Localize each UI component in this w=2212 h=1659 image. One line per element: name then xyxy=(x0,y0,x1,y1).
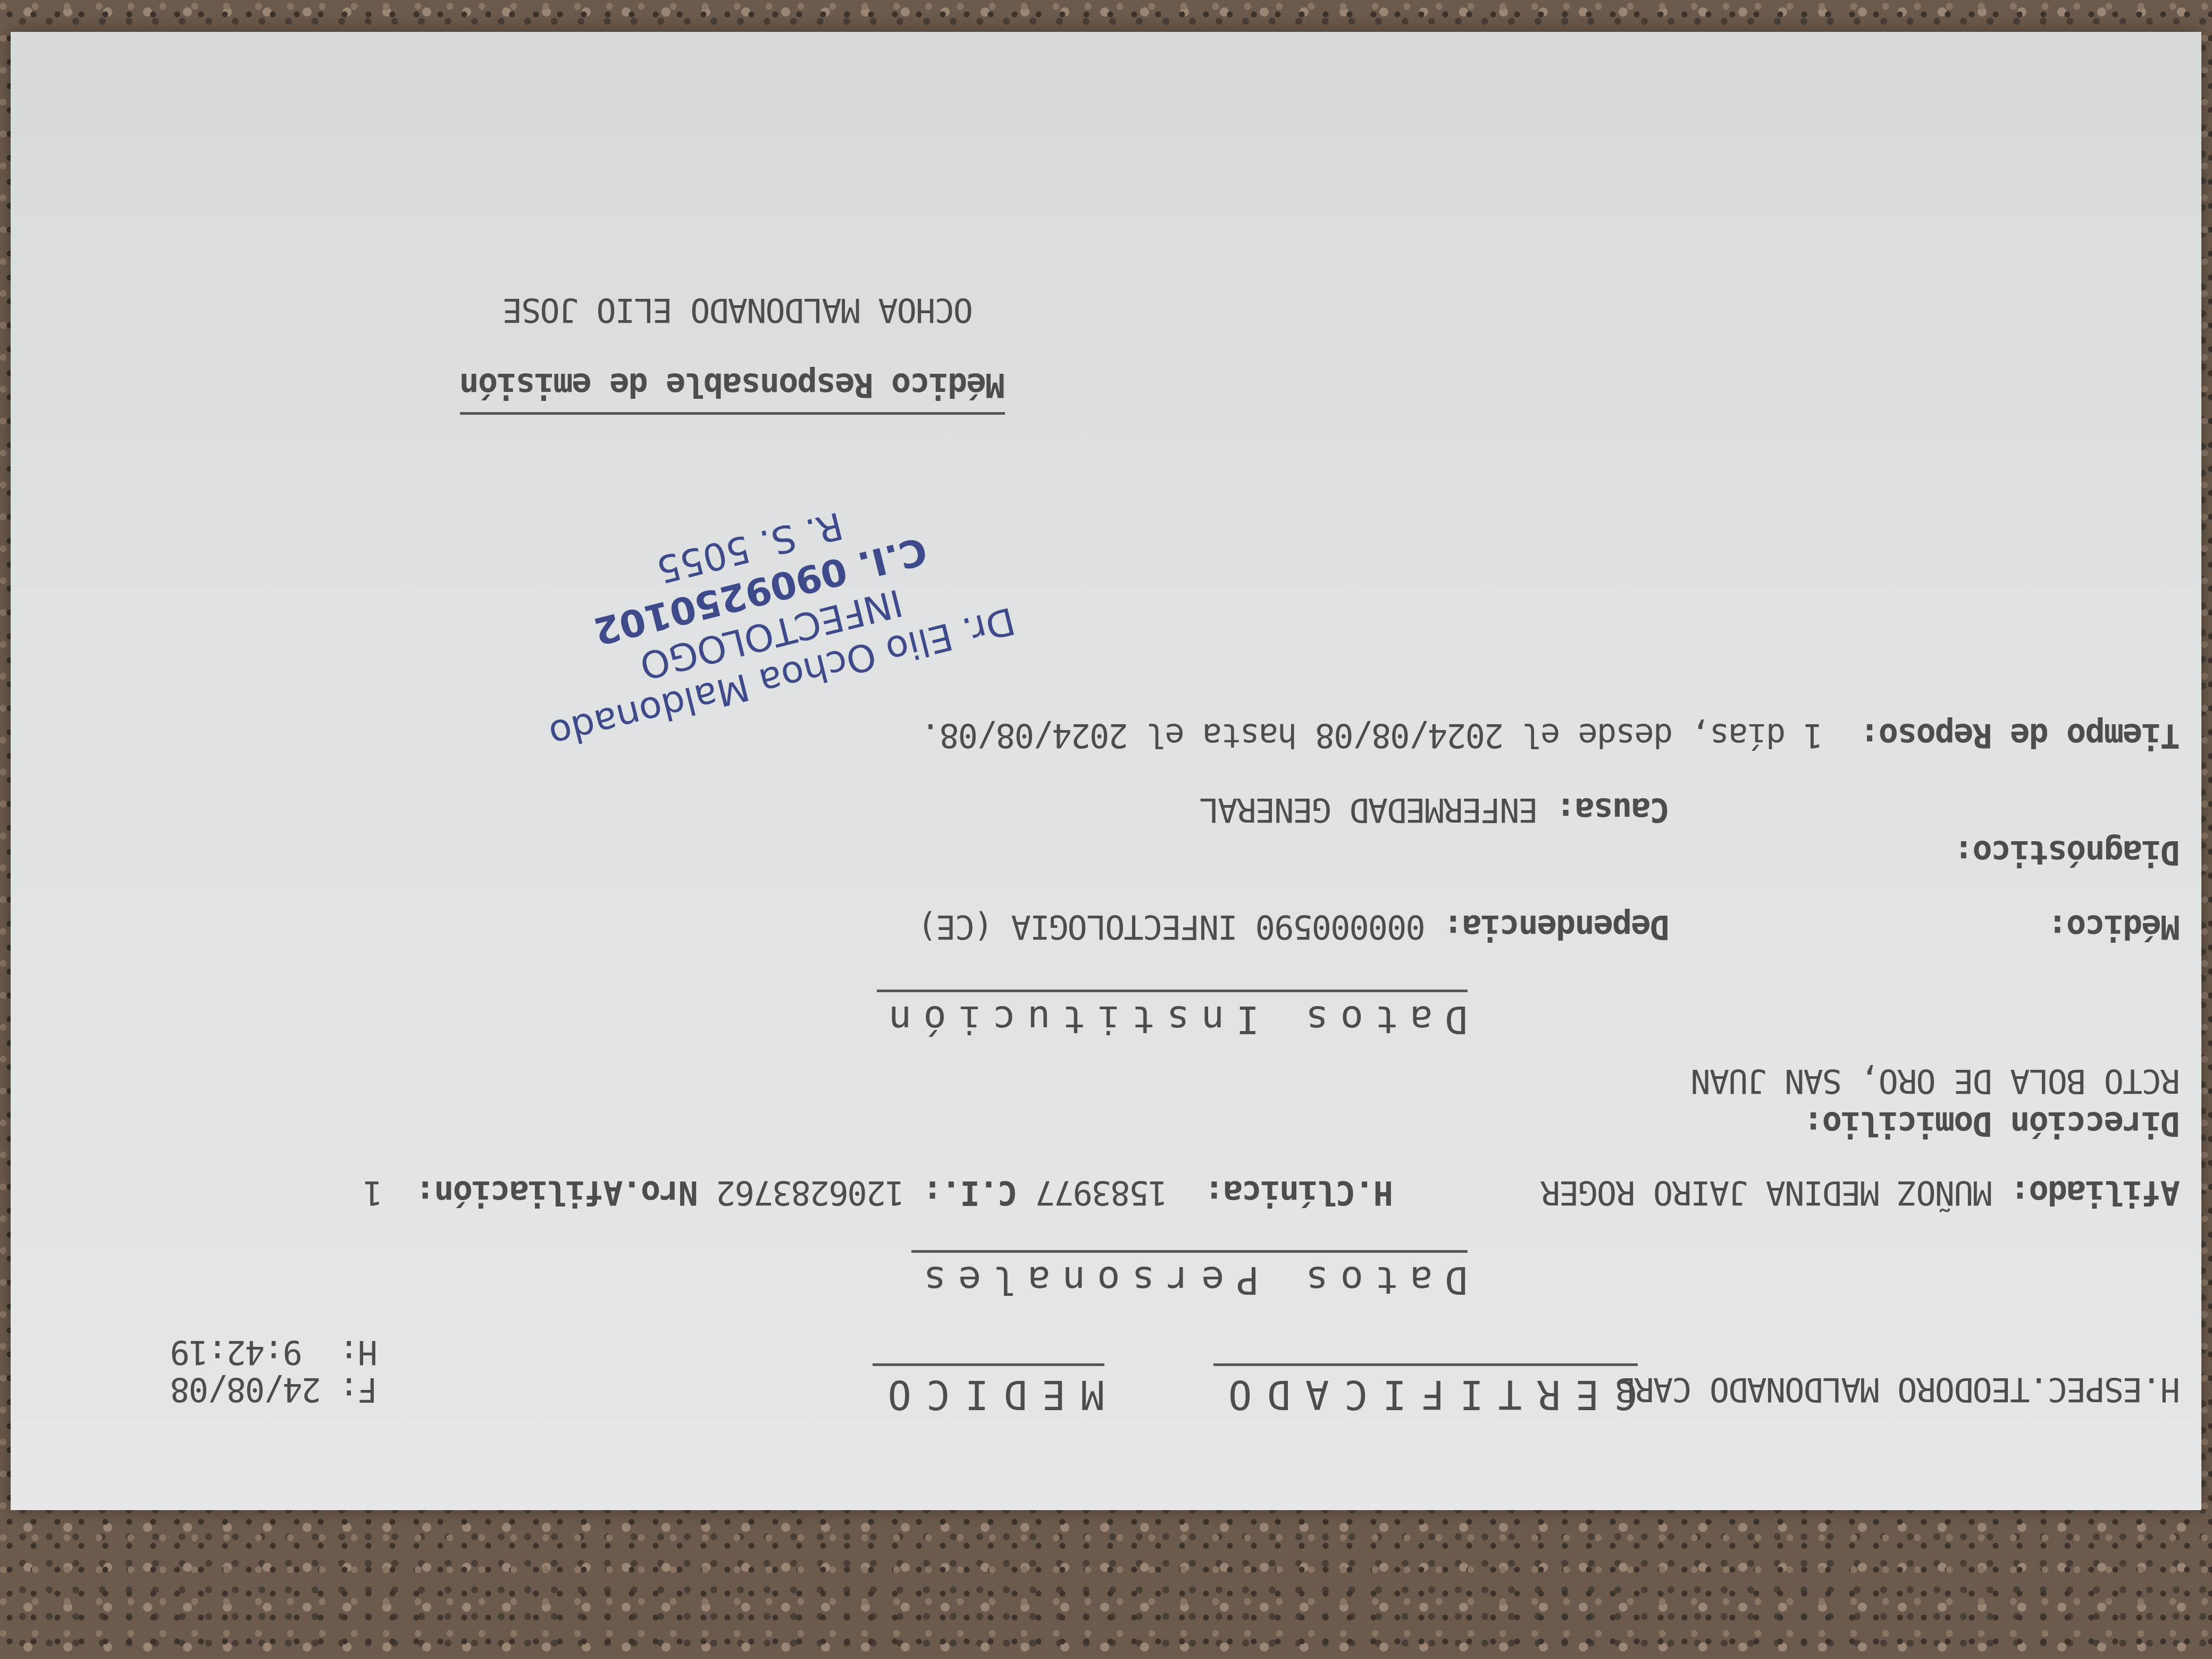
issue-time: H: 9:42:19 xyxy=(171,1333,378,1372)
issue-date: F: 24/08/08 xyxy=(171,1370,378,1409)
institution-name: H.ESPEC.TEODORO MALDONADO CARB xyxy=(1616,1370,2180,1409)
causa-row: Causa: ENFERMEDAD GENERAL xyxy=(1200,791,1670,829)
hclinica-row: H.Clínica: 1583977 C.I.: 1206283762 Nro.… xyxy=(416,1174,1393,1212)
signature-caption: Médico Responsable de emisión xyxy=(460,366,1006,415)
domicilio-label: Dirección Domicilio: xyxy=(1804,1104,2180,1143)
title-medico: MEDICO xyxy=(873,1363,1104,1417)
medico-label: Médico: xyxy=(2049,908,2180,946)
certificate-content-upside-down: H.ESPEC.TEODORO MALDONADO CARB CERTIFICA… xyxy=(11,32,2201,1510)
doctor-stamp: Dr. Elio Ochoa Maldonado INFECTOLOGO C.I… xyxy=(512,468,1019,757)
medical-certificate-paper: H.ESPEC.TEODORO MALDONADO CARB CERTIFICA… xyxy=(11,32,2201,1510)
reposo-row: Tiempo de Reposo: 1 días, desde el 2024/… xyxy=(921,716,2180,755)
dependencia-row: Dependencia: 000000590 INFECTOLOGIA (CE) xyxy=(918,908,1670,946)
signatory-name: OCHOA MALDONADO ELIO JOSE xyxy=(504,291,973,330)
diagnostico-label: Diagnóstico: xyxy=(1955,833,2180,872)
section-datos-institucion: Datos Institución xyxy=(877,990,1468,1042)
title-certificado: CERTIFICADO xyxy=(1213,1363,1638,1417)
nro-afiliacion-value: 1 xyxy=(364,1174,383,1212)
domicilio-value: RCTO BOLA DE ORO, SAN JUAN xyxy=(1691,1062,2180,1101)
section-datos-personales: Datos Personales xyxy=(911,1250,1468,1303)
afiliado-row: Afiliado: MUÑOZ MEDINA JAIRO ROGER xyxy=(1541,1174,2180,1212)
